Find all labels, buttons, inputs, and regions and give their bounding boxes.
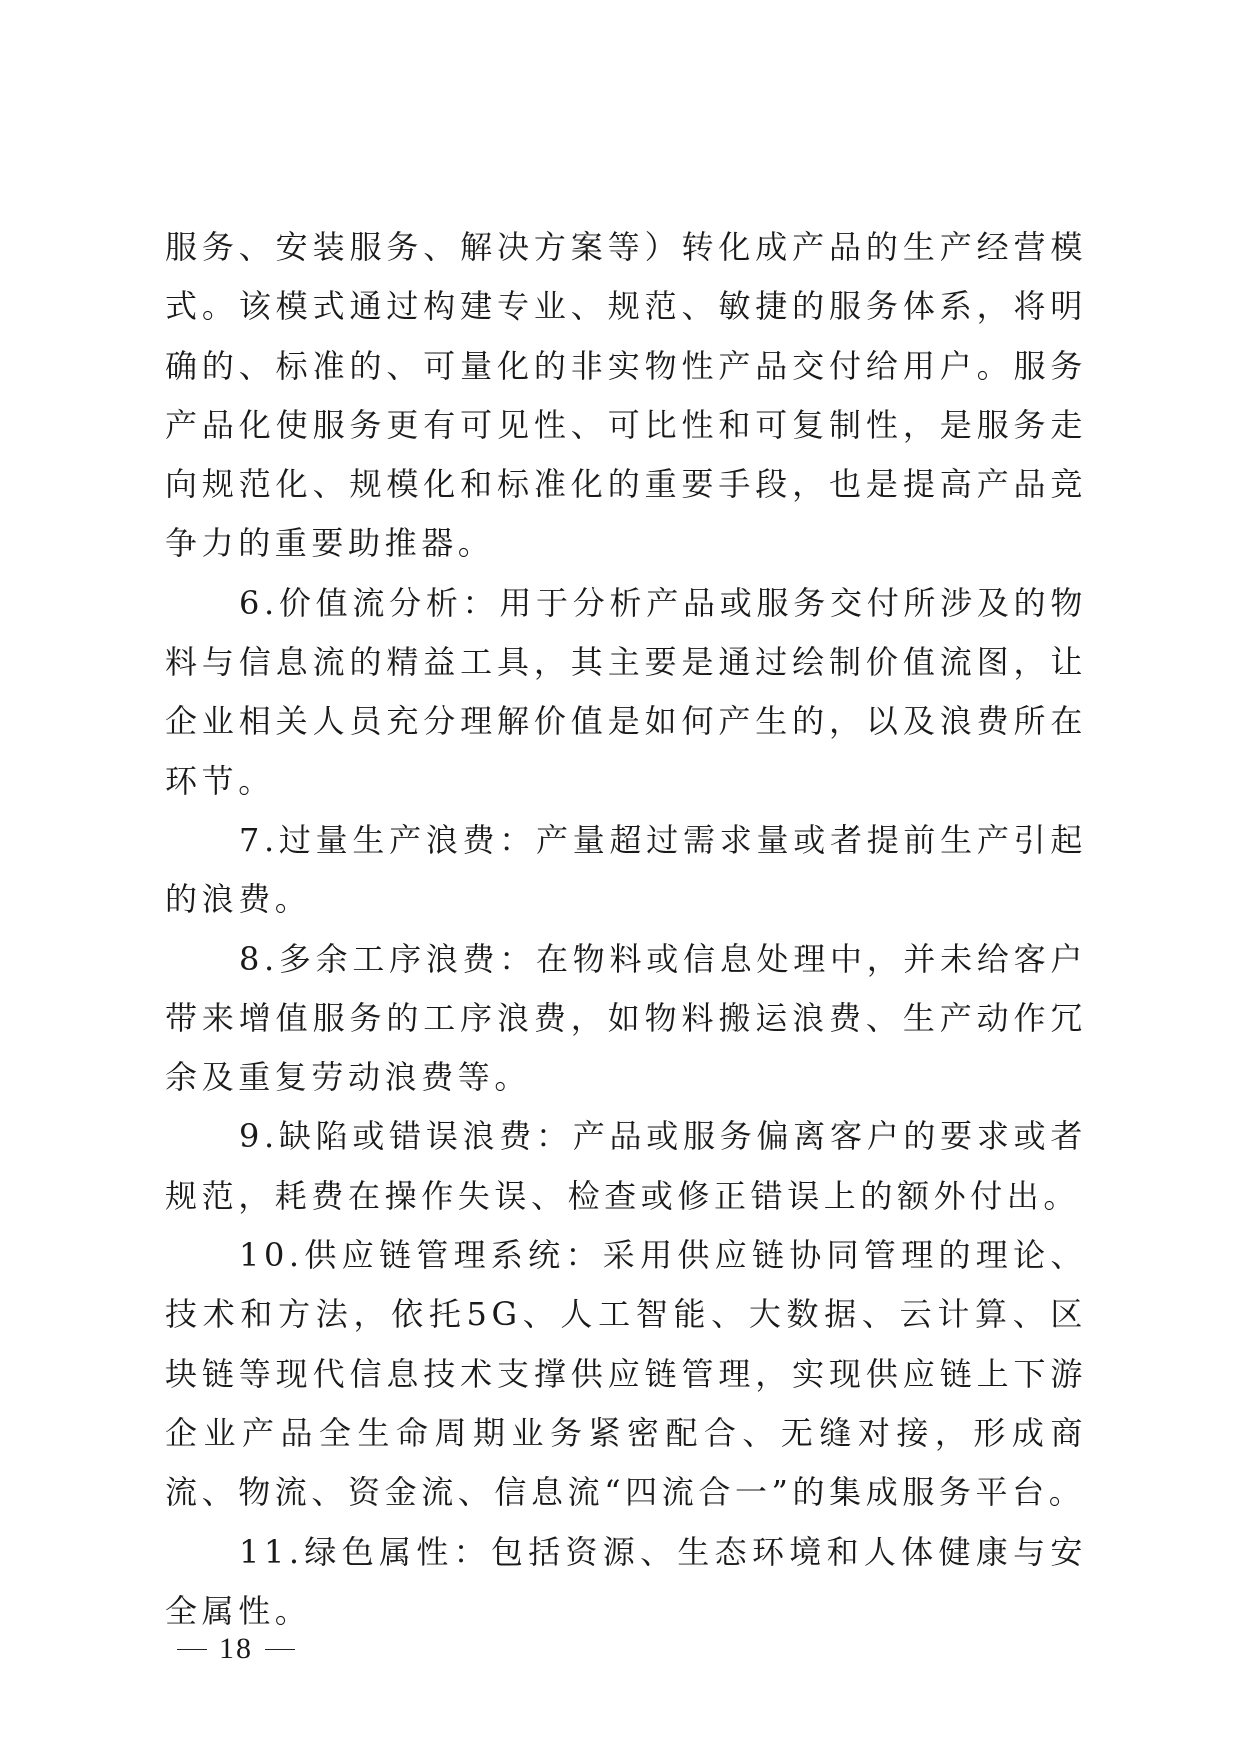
dash-right — [265, 1649, 295, 1650]
term-label: 10.供应链管理系统： — [239, 1236, 603, 1274]
document-body: 服务、安装服务、解决方案等）转化成产品的生产经营模式。该模式通过构建专业、规范、… — [165, 218, 1087, 1641]
dash-left — [177, 1649, 207, 1650]
paragraph-defect-waste: 9.缺陷或错误浪费：产品或服务偏离客户的要求或者规范，耗费在操作失误、检查或修正… — [165, 1107, 1087, 1226]
paragraph-text: 服务、安装服务、解决方案等）转化成产品的生产经营模式。该模式通过构建专业、规范、… — [165, 228, 1087, 562]
term-label: 7.过量生产浪费： — [239, 821, 536, 859]
term-label: 11.绿色属性： — [239, 1533, 491, 1571]
paragraph-supply-chain-system: 10.供应链管理系统：采用供应链协同管理的理论、技术和方法，依托5G、人工智能、… — [165, 1226, 1087, 1522]
paragraph-extra-process-waste: 8.多余工序浪费：在物料或信息处理中，并未给客户带来增值服务的工序浪费，如物料搬… — [165, 930, 1087, 1108]
paragraph-text: 采用供应链协同管理的理论、技术和方法，依托5G、人工智能、大数据、云计算、区块链… — [165, 1236, 1087, 1511]
paragraph-value-stream-analysis: 6.价值流分析：用于分析产品或服务交付所涉及的物料与信息流的精益工具，其主要是通… — [165, 574, 1087, 811]
term-label: 8.多余工序浪费： — [239, 940, 536, 978]
paragraph-service-productization: 服务、安装服务、解决方案等）转化成产品的生产经营模式。该模式通过构建专业、规范、… — [165, 218, 1087, 574]
page-number: 18 — [219, 1632, 253, 1665]
document-page: 服务、安装服务、解决方案等）转化成产品的生产经营模式。该模式通过构建专业、规范、… — [0, 0, 1240, 1753]
page-footer: 18 — [165, 1632, 307, 1666]
paragraph-green-attributes: 11.绿色属性：包括资源、生态环境和人体健康与安全属性。 — [165, 1523, 1087, 1642]
term-label: 6.价值流分析： — [239, 584, 499, 622]
term-label: 9.缺陷或错误浪费： — [239, 1117, 573, 1155]
paragraph-overproduction-waste: 7.过量生产浪费：产量超过需求量或者提前生产引起的浪费。 — [165, 811, 1087, 930]
